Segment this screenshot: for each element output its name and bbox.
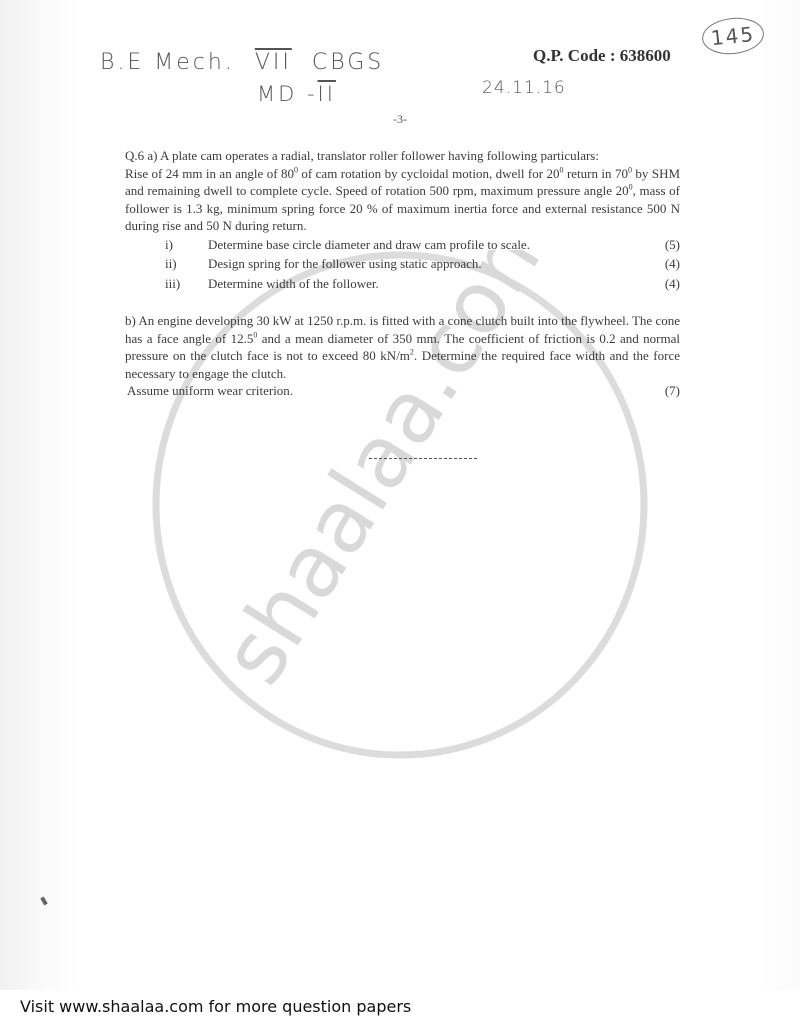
marks: (4) [650,255,680,273]
subpart-i: i) Determine base circle diameter and dr… [125,235,680,255]
footer-link[interactable]: Visit www.shaalaa.com for more question … [20,997,411,1016]
q6a-intro: Q.6 a) A plate cam operates a radial, tr… [125,147,680,165]
end-of-paper-rule [369,458,477,459]
qp-code: Q.P. Code : 638600 [533,46,671,66]
page-number: -3- [393,112,407,127]
subpart-iii: iii) Determine width of the follower. (4… [125,274,680,294]
q6b-text: b) An engine developing 30 kW at 1250 r.… [125,312,680,382]
handwritten-subject: MD -II [257,82,336,106]
handwritten-course: B.E Mech. VII CBGS [100,50,384,75]
q6a-particulars: Rise of 24 mm in an angle of 800 of cam … [125,165,680,235]
marks: (7) [650,382,680,400]
handwritten-semester: VII [255,50,292,75]
subpart-ii: ii) Design spring for the follower using… [125,254,680,274]
q6b-assumption: Assume uniform wear criterion. (7) [125,382,680,400]
handwritten-date: 24.11.16 [482,78,566,98]
question-6: Q.6 a) A plate cam operates a radial, tr… [125,147,680,400]
marks: (4) [650,275,680,293]
question-6a: Q.6 a) A plate cam operates a radial, tr… [125,147,680,293]
question-6b: b) An engine developing 30 kW at 1250 r.… [125,312,680,400]
q6a-subparts: i) Determine base circle diameter and dr… [125,235,680,294]
handwritten-scheme: CBGS [312,50,384,75]
marks: (5) [650,236,680,254]
